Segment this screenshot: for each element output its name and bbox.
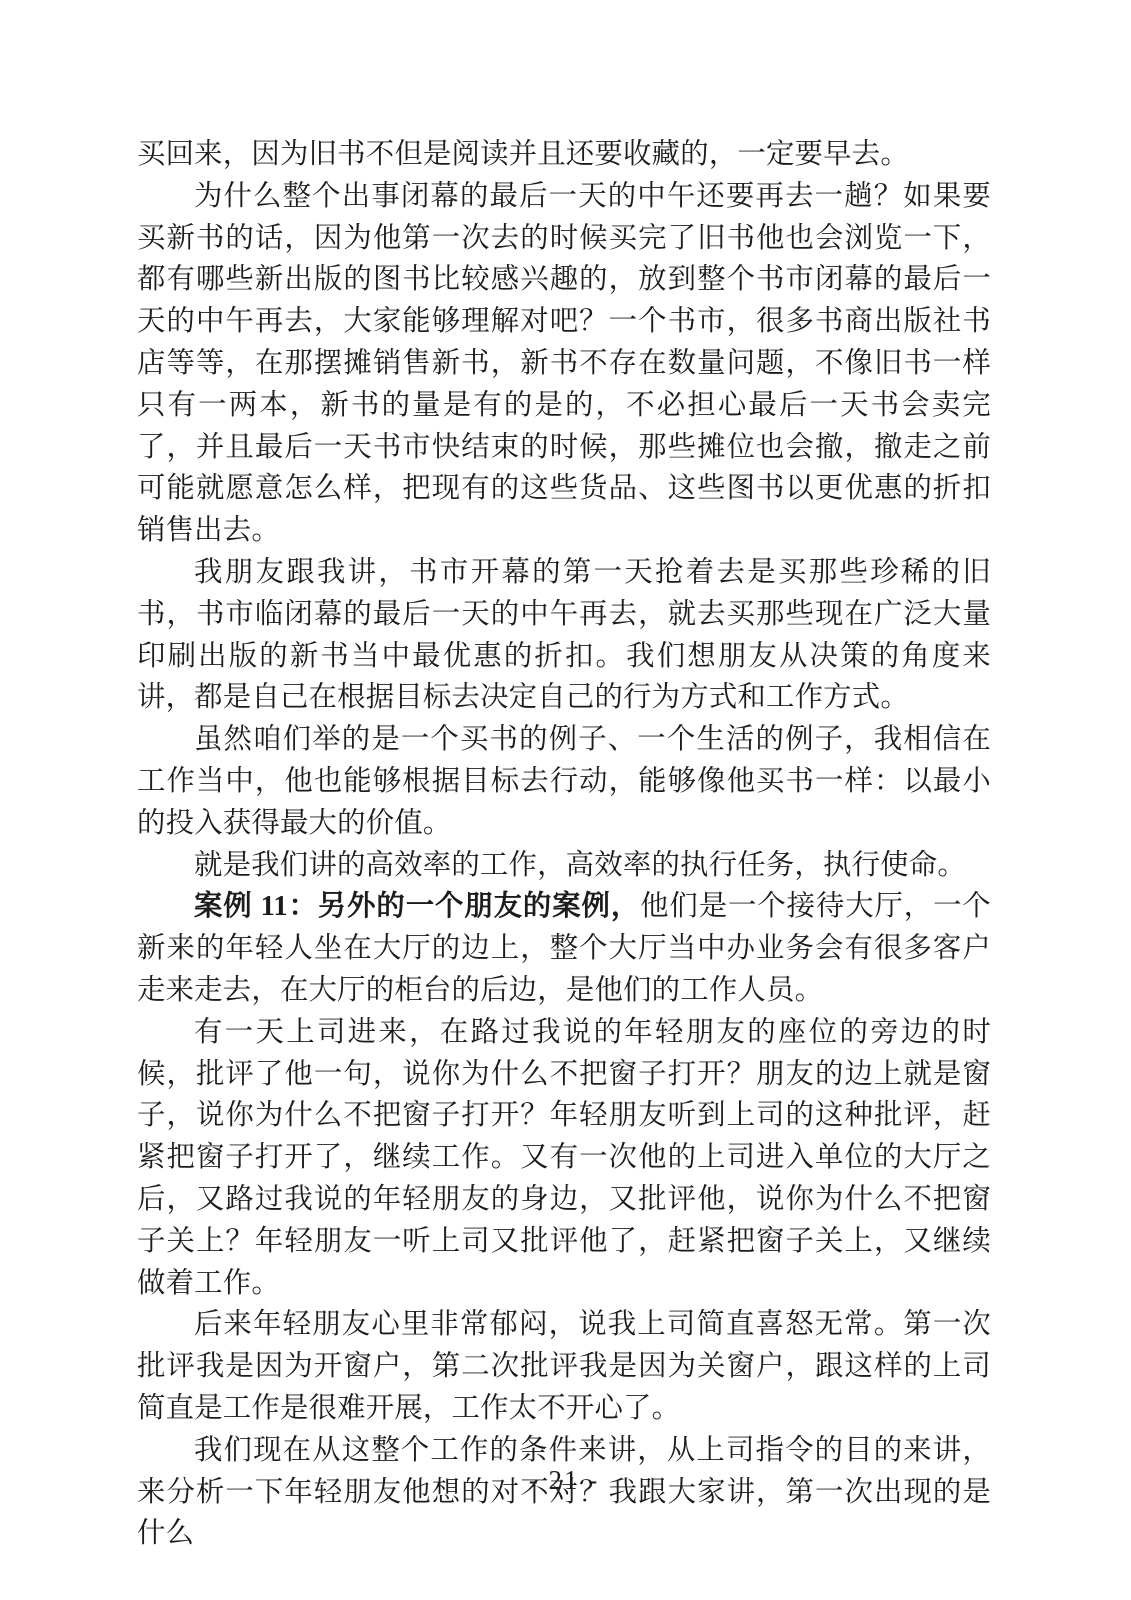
- paragraph: 就是我们讲的高效率的工作，高效率的执行任务，执行使命。: [137, 845, 991, 887]
- paragraph: 为什么整个出事闭幕的最后一天的中午还要再去一趟？如果要买新书的话，因为他第一次去…: [137, 176, 991, 552]
- paragraph: 买回来，因为旧书不但是阅读并且还要收藏的，一定要早去。: [137, 134, 991, 176]
- paragraph: 虽然咱们举的是一个买书的例子、一个生活的例子，我相信在工作当中，他也能够根据目标…: [137, 719, 991, 844]
- paragraph: 有一天上司进来，在路过我说的年轻朋友的座位的旁边的时候，批评了他一句，说你为什么…: [137, 1012, 991, 1305]
- case-heading: 案例 11：另外的一个朋友的案例，: [194, 891, 640, 922]
- paragraph: 我朋友跟我讲，书市开幕的第一天抢着去是买那些珍稀的旧书，书市临闭幕的最后一天的中…: [137, 552, 991, 719]
- page-number: - 21 -: [137, 1465, 991, 1496]
- document-page: 买回来，因为旧书不但是阅读并且还要收藏的，一定要早去。为什么整个出事闭幕的最后一…: [0, 0, 1131, 1600]
- document-body: 买回来，因为旧书不但是阅读并且还要收藏的，一定要早去。为什么整个出事闭幕的最后一…: [137, 134, 991, 1555]
- paragraph: 案例 11：另外的一个朋友的案例，他们是一个接待大厅，一个新来的年轻人坐在大厅的…: [137, 886, 991, 1011]
- paragraph: 后来年轻朋友心里非常郁闷，说我上司简直喜怒无常。第一次批评我是因为开窗户，第二次…: [137, 1304, 991, 1429]
